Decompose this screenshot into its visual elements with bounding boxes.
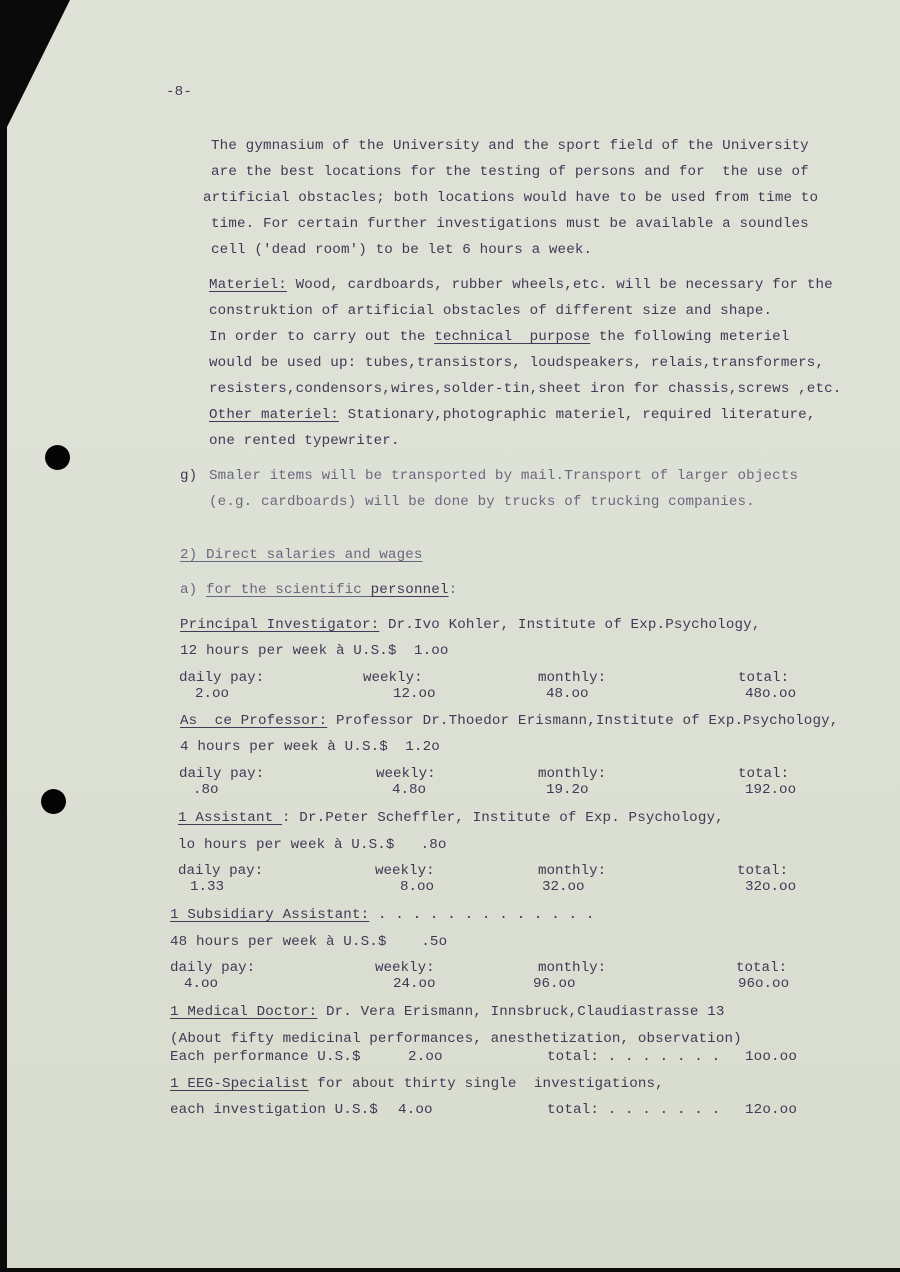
- personnel-2-total: 32o.oo: [745, 879, 796, 895]
- eeg-specialist-total-label: total: . . . . . . .: [547, 1102, 720, 1118]
- label-daily: daily pay:: [179, 670, 264, 686]
- eeg-specialist-rate: 4.oo: [398, 1102, 433, 1118]
- personnel-0-monthly: 48.oo: [546, 686, 589, 702]
- label-monthly: monthly:: [538, 863, 606, 879]
- personnel-2-weekly: 8.oo: [400, 879, 434, 895]
- document-page: -8- The gymnasium of the University and …: [0, 0, 900, 1272]
- label-daily: daily pay:: [179, 766, 264, 782]
- punch-hole-top: [45, 445, 70, 470]
- personnel-2-heading: 1 Assistant : Dr.Peter Scheffler, Instit…: [178, 810, 724, 826]
- eeg-specialist-rate-label: each investigation U.S.$: [170, 1102, 378, 1118]
- technical-purpose: technical purpose: [434, 329, 590, 345]
- personnel-3-monthly: 96.oo: [533, 976, 576, 992]
- eeg-specialist-total: 12o.oo: [745, 1102, 797, 1118]
- other-materiel-line-2: one rented typewriter.: [209, 433, 400, 449]
- label-total: total:: [738, 766, 789, 782]
- personnel-1-total: 192.oo: [745, 782, 796, 798]
- medical-doctor-rate: 2.oo: [408, 1049, 443, 1065]
- label-weekly: weekly:: [375, 960, 435, 976]
- personnel-1-daily: .8o: [193, 782, 219, 798]
- intro-line-3: artificial obstacles; both locations wou…: [203, 190, 818, 206]
- medical-doctor-total-label: total: . . . . . . .: [547, 1049, 720, 1065]
- personnel-0-rate: 12 hours per week à U.S.$ 1.oo: [180, 643, 449, 659]
- personnel-2-monthly: 32.oo: [542, 879, 585, 895]
- intro-line-1: The gymnasium of the University and the …: [211, 138, 809, 154]
- medical-doctor-heading: 1 Medical Doctor: Dr. Vera Erismann, Inn…: [170, 1004, 725, 1020]
- label-weekly: weekly:: [376, 766, 436, 782]
- label-total: total:: [736, 960, 787, 976]
- item-g-line-2: (e.g. cardboards) will be done by trucks…: [209, 494, 755, 510]
- personnel-0-total: 48o.oo: [745, 686, 796, 702]
- personnel-3-weekly: 24.oo: [393, 976, 436, 992]
- punch-hole-bottom: [41, 789, 66, 814]
- personnel-3-daily: 4.oo: [184, 976, 218, 992]
- personnel-3-total: 96o.oo: [738, 976, 789, 992]
- medical-doctor-rate-label: Each performance U.S.$: [170, 1049, 361, 1065]
- item-g-marker: g): [180, 468, 197, 484]
- materiel-line-5: resisters,condensors,wires,solder-tin,sh…: [209, 381, 841, 397]
- other-materiel-line: Other materiel: Stationary,photographic …: [209, 407, 815, 423]
- section-2-heading: 2) Direct salaries and wages: [180, 547, 423, 563]
- section-2a-heading: a) for the scientific personnel:: [180, 582, 457, 598]
- materiel-line-4: would be used up: tubes,transistors, lou…: [209, 355, 824, 371]
- other-materiel-label: Other materiel:: [209, 407, 339, 423]
- personnel-3-heading: 1 Subsidiary Assistant: . . . . . . . . …: [170, 907, 595, 923]
- label-weekly: weekly:: [375, 863, 435, 879]
- label-daily: daily pay:: [178, 863, 263, 879]
- personnel-1-weekly: 4.8o: [392, 782, 426, 798]
- materiel-line-3: In order to carry out the technical purp…: [209, 329, 790, 345]
- intro-line-4: time. For certain further investigations…: [211, 216, 809, 232]
- personnel-3-rate: 48 hours per week à U.S.$ .5o: [170, 934, 447, 950]
- item-g-line-1: Smaler items will be transported by mail…: [209, 468, 798, 484]
- label-total: total:: [737, 863, 788, 879]
- personnel-1-monthly: 19.2o: [546, 782, 589, 798]
- eeg-specialist-heading: 1 EEG-Specialist for about thirty single…: [170, 1076, 664, 1092]
- label-monthly: monthly:: [538, 766, 606, 782]
- personnel-1-heading: As ce Professor: Professor Dr.Thoedor Er…: [180, 713, 838, 729]
- medical-doctor-total: 1oo.oo: [745, 1049, 797, 1065]
- medical-doctor-note: (About fifty medicinal performances, ane…: [170, 1031, 742, 1047]
- personnel-0-heading: Principal Investigator: Dr.Ivo Kohler, I…: [180, 617, 761, 633]
- label-daily: daily pay:: [170, 960, 255, 976]
- personnel-2-daily: 1.33: [190, 879, 224, 895]
- label-weekly: weekly:: [363, 670, 423, 686]
- label-monthly: monthly:: [538, 960, 606, 976]
- materiel-label: Materiel:: [209, 277, 287, 293]
- label-monthly: monthly:: [538, 670, 606, 686]
- personnel-1-rate: 4 hours per week à U.S.$ 1.2o: [180, 739, 440, 755]
- materiel-line-2: construktion of artificial obstacles of …: [209, 303, 772, 319]
- intro-line-5: cell ('dead room') to be let 6 hours a w…: [211, 242, 592, 258]
- intro-line-2: are the best locations for the testing o…: [211, 164, 809, 180]
- personnel-0-weekly: 12.oo: [393, 686, 436, 702]
- page-number: -8-: [166, 84, 192, 100]
- label-total: total:: [738, 670, 789, 686]
- personnel-0-daily: 2.oo: [195, 686, 229, 702]
- materiel-line-1: Materiel: Wood, cardboards, rubber wheel…: [209, 277, 833, 293]
- personnel-2-rate: lo hours per week à U.S.$ .8o: [178, 837, 447, 853]
